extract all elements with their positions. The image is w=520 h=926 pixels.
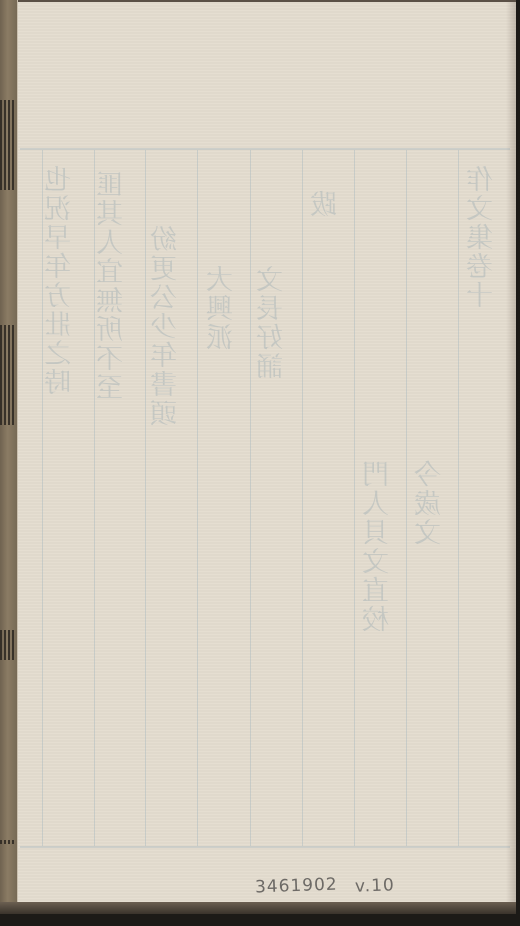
ghost-text-column: 文長好誦: [258, 265, 288, 381]
spine-ink-mark: [0, 100, 16, 140]
book-page: 也況早年方壯之時 匪其人宜無所不至 紛更公少年書頭 大興派 文長好誦 跋 門人貝…: [0, 0, 516, 914]
column-rule: [302, 150, 303, 846]
column-rule: [458, 150, 459, 846]
column-rule: [406, 150, 407, 846]
ghost-text-column: 門人貝文直校: [364, 460, 394, 634]
spine-ink-mark: [0, 840, 16, 844]
ghost-text-column: 紛更公少年書頭: [152, 225, 182, 428]
page-top-edge: [18, 0, 516, 2]
ghost-text-column: 作文集卷十: [468, 165, 498, 310]
column-rule: [250, 150, 251, 846]
ghost-text-column: 跋: [312, 190, 342, 219]
page-bottom-edge: [0, 902, 516, 914]
volume-note: v.10: [355, 875, 395, 896]
ghost-text-column: 大興派: [208, 265, 238, 352]
page-right-edge-shadow: [506, 0, 516, 914]
column-rule: [354, 150, 355, 846]
spine-ink-mark: [0, 140, 16, 190]
book-spine: [0, 0, 18, 914]
spine-ink-mark: [0, 325, 16, 425]
ghost-text-column: 今歲文: [416, 460, 446, 547]
spine-ink-mark: [0, 630, 16, 660]
column-rule: [145, 150, 146, 846]
ghost-text-column: 匪其人宜無所不至: [98, 170, 128, 402]
column-rule: [197, 150, 198, 846]
column-rule: [94, 150, 95, 846]
column-rule: [42, 150, 43, 846]
ghost-text-column: 也況早年方壯之時: [46, 165, 76, 397]
call-number-note: 3461902: [255, 875, 338, 898]
